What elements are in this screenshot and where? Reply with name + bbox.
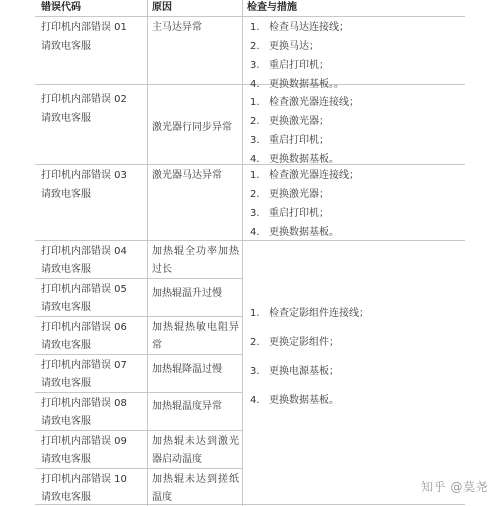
step-text: 更换电源基板； <box>269 366 339 377</box>
error-code: 打印机内部错误 08 <box>41 394 127 413</box>
error-reason-cont: 器启动温度 <box>152 450 202 469</box>
measure-steps: 1.检查马达连接线； 2.更换马达； 3.重启打印机； 4.更换数据基板。。 <box>242 18 465 84</box>
error-code: 打印机内部错误 07 <box>41 356 127 375</box>
step-text: 更换激光器； <box>269 116 329 127</box>
header-error-code: 错误代码 <box>41 0 81 17</box>
error-code-contact: 请致电客服 <box>41 336 91 355</box>
error-code: 打印机内部错误 03 <box>41 166 127 185</box>
error-reason-cont: 常 <box>152 336 162 355</box>
step-text: 重启打印机； <box>269 60 329 71</box>
error-reason: 加热辊未达到搓纸 <box>152 470 240 489</box>
error-code-contact: 请致电客服 <box>41 450 91 469</box>
error-code-contact: 请致电客服 <box>41 37 91 56</box>
step-text: 检查马达连接线； <box>269 22 349 33</box>
error-reason: 加热辊全功率加热 <box>152 242 240 261</box>
error-code: 打印机内部错误 09 <box>41 432 127 451</box>
error-code-contact: 请致电客服 <box>41 412 91 431</box>
error-code-contact: 请致电客服 <box>41 298 91 317</box>
header-reason: 原因 <box>152 0 172 17</box>
error-code: 打印机内部错误 04 <box>41 242 127 261</box>
step-text: 更换数据基板。 <box>269 395 339 406</box>
error-code: 打印机内部错误 02 <box>41 90 127 109</box>
error-reason: 激光器行同步异常 <box>152 118 232 137</box>
error-reason: 加热辊热敏电阻异 <box>152 318 240 337</box>
error-code-contact: 请致电客服 <box>41 109 91 128</box>
zhihu-watermark: 知乎 @莫尧 <box>421 478 488 495</box>
error-code-contact: 请致电客服 <box>41 374 91 393</box>
step-text: 检查激光器连接线； <box>269 97 359 108</box>
error-code-contact: 请致电客服 <box>41 260 91 279</box>
error-code: 打印机内部错误 01 <box>41 18 127 37</box>
error-code: 打印机内部错误 05 <box>41 280 127 299</box>
step-text: 更换定影组件； <box>269 337 339 348</box>
step-text: 更换数据基板。。 <box>269 79 344 90</box>
step-text: 检查激光器连接线； <box>269 170 359 181</box>
step-text: 重启打印机； <box>269 208 329 219</box>
error-reason: 加热辊温度异常 <box>152 397 222 416</box>
error-code: 打印机内部错误 10 <box>41 470 127 489</box>
error-reason: 加热辊降温过慢 <box>152 360 222 379</box>
error-reason: 激光器马达异常 <box>152 166 222 185</box>
table-bottom-border <box>35 504 465 505</box>
step-text: 更换数据基板。 <box>269 227 339 238</box>
error-reason: 加热辊未达到激光 <box>152 432 240 451</box>
error-code-contact: 请致电客服 <box>41 185 91 204</box>
error-code-contact: 请致电客服 <box>41 488 91 506</box>
error-code: 打印机内部错误 06 <box>41 318 127 337</box>
error-reason: 加热辊温升过慢 <box>152 284 222 303</box>
step-text: 重启打印机； <box>269 135 329 146</box>
measure-steps: 1.检查激光器连接线； 2.更换激光器； 3.重启打印机； 4.更换数据基板。 <box>242 166 465 238</box>
step-text: 更换数据基板。 <box>269 154 339 165</box>
error-reason: 主马达异常 <box>152 18 202 37</box>
error-reason-cont: 温度 <box>152 488 172 506</box>
header-measures: 检查与措施 <box>247 0 297 17</box>
error-reason-cont: 过长 <box>152 260 172 279</box>
step-text: 检查定影组件连接线； <box>269 308 369 319</box>
merged-measure-steps: 1.检查定影组件连接线； 2.更换定影组件； 3.更换电源基板； 4.更换数据基… <box>242 304 465 414</box>
step-text: 更换马达； <box>269 41 319 52</box>
step-text: 更换激光器； <box>269 189 329 200</box>
measure-steps: 1.检查激光器连接线； 2.更换激光器； 3.重启打印机； 4.更换数据基板。 <box>242 93 465 163</box>
